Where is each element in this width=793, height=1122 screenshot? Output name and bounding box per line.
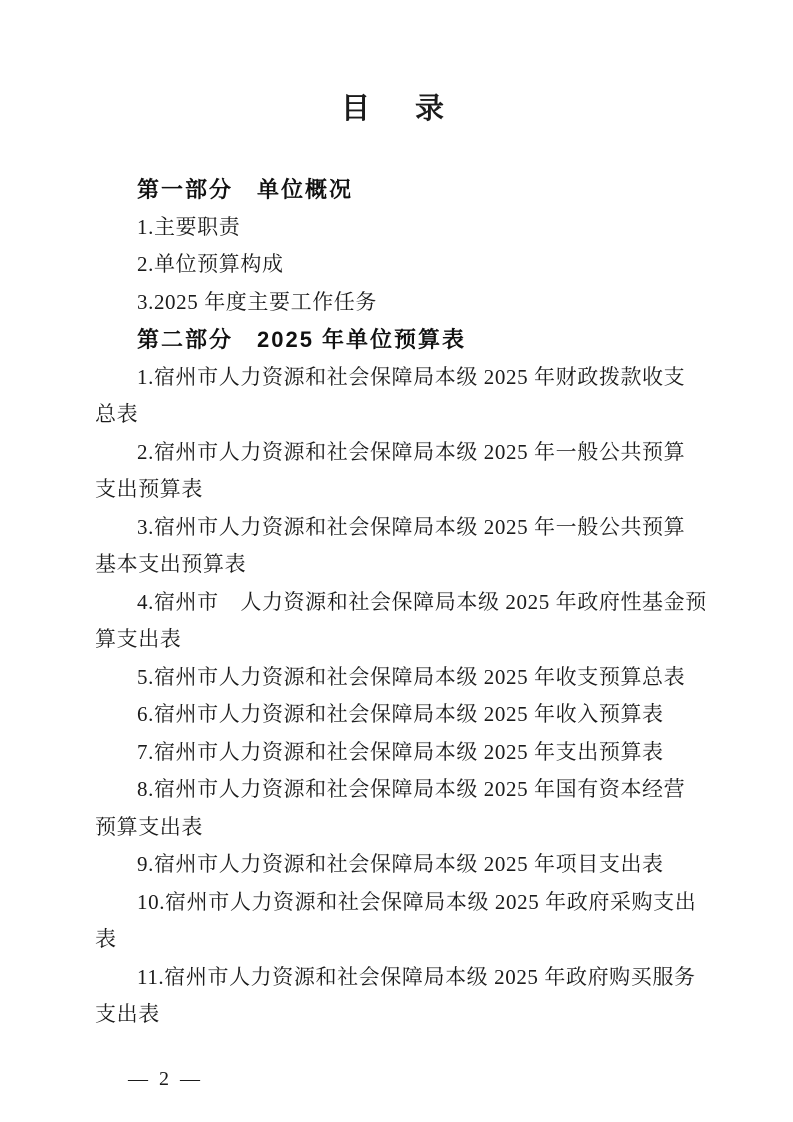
toc-item: 6.宿州市人力资源和社会保障局本级 2025 年收入预算表	[95, 696, 720, 734]
toc-line: 4.宿州市 人力资源和社会保障局本级 2025 年政府性基金预	[95, 584, 720, 622]
toc-line: 10.宿州市人力资源和社会保障局本级 2025 年政府采购支出	[95, 884, 720, 922]
toc-item: 2.单位预算构成	[95, 246, 720, 284]
toc-line: 11.宿州市人力资源和社会保障局本级 2025 年政府购买服务	[95, 959, 720, 997]
toc-line: 第一部分 单位概况	[95, 171, 720, 209]
toc-line: 表	[95, 921, 720, 959]
toc-item: 3.宿州市人力资源和社会保障局本级 2025 年一般公共预算基本支出预算表	[95, 509, 720, 584]
toc-line: 2.单位预算构成	[95, 246, 720, 284]
page-footer: — 2 —	[96, 1040, 203, 1118]
toc: 第一部分 单位概况1.主要职责2.单位预算构成3.2025 年度主要工作任务第二…	[95, 171, 720, 1034]
page-title: 目 录	[0, 89, 793, 129]
toc-line: 第二部分 2025 年单位预算表	[95, 321, 720, 359]
toc-line: 3.宿州市人力资源和社会保障局本级 2025 年一般公共预算	[95, 509, 720, 547]
toc-item: 1.宿州市人力资源和社会保障局本级 2025 年财政拨款收支总表	[95, 359, 720, 434]
toc-line: 2.宿州市人力资源和社会保障局本级 2025 年一般公共预算	[95, 434, 720, 472]
toc-section-heading: 第二部分 2025 年单位预算表	[95, 321, 720, 359]
toc-item: 1.主要职责	[95, 209, 720, 247]
toc-item: 5.宿州市人力资源和社会保障局本级 2025 年收支预算总表	[95, 659, 720, 697]
toc-line: 9.宿州市人力资源和社会保障局本级 2025 年项目支出表	[95, 846, 720, 884]
toc-item: 8.宿州市人力资源和社会保障局本级 2025 年国有资本经营预算支出表	[95, 771, 720, 846]
toc-section-heading: 第一部分 单位概况	[95, 171, 720, 209]
toc-item: 11.宿州市人力资源和社会保障局本级 2025 年政府购买服务支出表	[95, 959, 720, 1034]
toc-line: 7.宿州市人力资源和社会保障局本级 2025 年支出预算表	[95, 734, 720, 772]
toc-line: 3.2025 年度主要工作任务	[95, 284, 720, 322]
toc-item: 2.宿州市人力资源和社会保障局本级 2025 年一般公共预算支出预算表	[95, 434, 720, 509]
toc-line: 支出表	[95, 996, 720, 1034]
toc-line: 基本支出预算表	[95, 546, 720, 584]
toc-line: 1.主要职责	[95, 209, 720, 247]
toc-line: 5.宿州市人力资源和社会保障局本级 2025 年收支预算总表	[95, 659, 720, 697]
document-page: 目 录 第一部分 单位概况1.主要职责2.单位预算构成3.2025 年度主要工作…	[0, 0, 793, 1122]
page-number: — 2 —	[128, 1068, 203, 1090]
toc-line: 预算支出表	[95, 809, 720, 847]
toc-item: 3.2025 年度主要工作任务	[95, 284, 720, 322]
toc-line: 支出预算表	[95, 471, 720, 509]
toc-line: 算支出表	[95, 621, 720, 659]
toc-line: 6.宿州市人力资源和社会保障局本级 2025 年收入预算表	[95, 696, 720, 734]
toc-item: 9.宿州市人力资源和社会保障局本级 2025 年项目支出表	[95, 846, 720, 884]
toc-item: 7.宿州市人力资源和社会保障局本级 2025 年支出预算表	[95, 734, 720, 772]
toc-item: 10.宿州市人力资源和社会保障局本级 2025 年政府采购支出表	[95, 884, 720, 959]
toc-line: 1.宿州市人力资源和社会保障局本级 2025 年财政拨款收支	[95, 359, 720, 397]
toc-line: 总表	[95, 396, 720, 434]
toc-line: 8.宿州市人力资源和社会保障局本级 2025 年国有资本经营	[95, 771, 720, 809]
toc-item: 4.宿州市 人力资源和社会保障局本级 2025 年政府性基金预算支出表	[95, 584, 720, 659]
